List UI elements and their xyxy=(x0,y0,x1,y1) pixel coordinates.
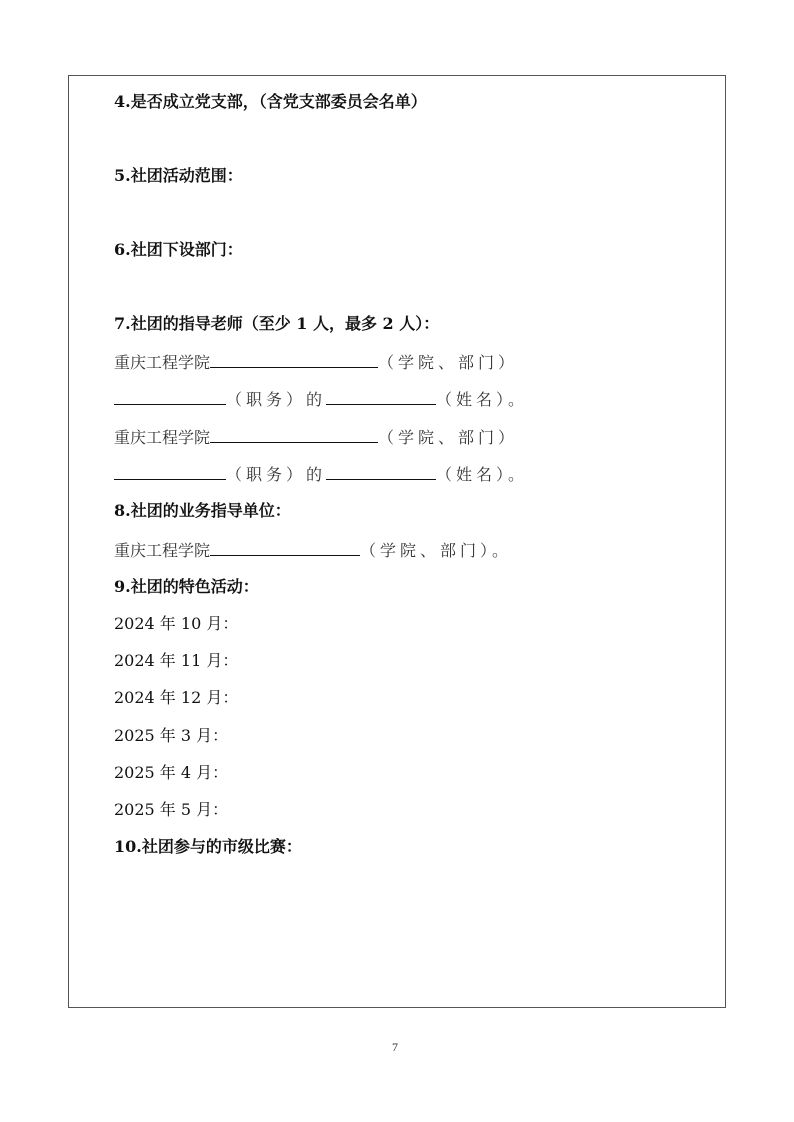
name-suffix: （姓名）。 xyxy=(436,390,528,409)
section-8-heading: 8.社团的业务指导单位： xyxy=(114,501,291,521)
advisor-1-dept-blank[interactable] xyxy=(210,351,378,368)
advisor-2-name-line: （职务）的（姓名）。 xyxy=(114,463,528,485)
activity-month: 2025 年 5 月： xyxy=(114,800,228,820)
school-prefix: 重庆工程学院 xyxy=(114,428,210,447)
position-suffix: （职务）的 xyxy=(226,465,326,484)
activity-month: 2024 年 11 月： xyxy=(114,651,238,671)
section-5-heading: 5.社团活动范围： xyxy=(114,166,243,186)
section-9-heading: 9.社团的特色活动： xyxy=(114,577,259,597)
advisor-2-position-blank[interactable] xyxy=(114,463,226,480)
activity-month: 2024 年 10 月： xyxy=(114,614,238,634)
advisor-1-name-blank[interactable] xyxy=(326,388,436,405)
advisor-2-name-blank[interactable] xyxy=(326,463,436,480)
activity-month: 2024 年 12 月： xyxy=(114,688,238,708)
position-suffix: （职务）的 xyxy=(226,390,326,409)
section-7-heading: 7.社团的指导老师（至少 1 人，最多 2 人）： xyxy=(114,314,439,334)
activity-month: 2025 年 3 月： xyxy=(114,726,228,746)
dept-suffix: （学院、部门） xyxy=(378,428,518,447)
advisor-1-dept-line: 重庆工程学院（学院、部门） xyxy=(114,351,518,373)
school-prefix: 重庆工程学院 xyxy=(114,353,210,372)
school-prefix: 重庆工程学院 xyxy=(114,541,210,560)
guidance-unit-blank[interactable] xyxy=(210,539,360,556)
dept-suffix: （学院、部门） xyxy=(378,353,518,372)
dept-suffix: （学院、部门）。 xyxy=(360,541,512,560)
name-suffix: （姓名）。 xyxy=(436,465,528,484)
guidance-unit-line: 重庆工程学院（学院、部门）。 xyxy=(114,539,512,561)
activity-month: 2025 年 4 月： xyxy=(114,763,228,783)
section-10-heading: 10.社团参与的市级比赛： xyxy=(114,837,302,857)
advisor-2-dept-blank[interactable] xyxy=(210,426,378,443)
section-4-heading: 4.是否成立党支部，（含党支部委员会名单） xyxy=(114,92,427,112)
advisor-2-dept-line: 重庆工程学院（学院、部门） xyxy=(114,426,518,448)
advisor-1-name-line: （职务）的（姓名）。 xyxy=(114,388,528,410)
section-6-heading: 6.社团下设部门： xyxy=(114,240,243,260)
page-number: 7 xyxy=(392,1040,398,1055)
advisor-1-position-blank[interactable] xyxy=(114,388,226,405)
